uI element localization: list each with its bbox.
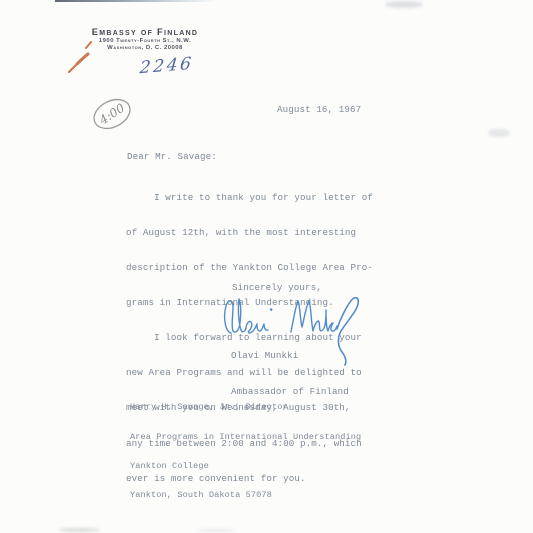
letter-date: August 16, 1967 bbox=[277, 104, 361, 116]
scan-smudge bbox=[385, 1, 423, 8]
handwritten-number-annotation: 2246 bbox=[139, 54, 195, 79]
recipient-name: Harry H. Savage, Jr., Director bbox=[130, 403, 361, 413]
pencil-time-text: 4:00 bbox=[96, 101, 127, 128]
recipient-block: Harry H. Savage, Jr., Director Area Prog… bbox=[130, 384, 361, 520]
scanned-letter: Embassy of Finland 1900 Twenty-Fourth St… bbox=[0, 0, 533, 533]
body-line: of August 12th, with the most interestin… bbox=[126, 227, 373, 239]
scan-smudge bbox=[196, 529, 236, 532]
recipient-program: Area Programs in International Understan… bbox=[130, 433, 361, 443]
scan-smudge bbox=[488, 129, 510, 137]
signer-name: Olavi Munkki bbox=[231, 350, 349, 362]
recipient-college: Yankton College bbox=[130, 462, 361, 472]
letterhead: Embassy of Finland 1900 Twenty-Fourth St… bbox=[78, 27, 212, 51]
scan-edge-artifact bbox=[55, 0, 218, 2]
scan-smudge bbox=[58, 528, 100, 532]
body-line: I write to thank you for your letter of bbox=[126, 192, 373, 204]
letterhead-address-line2: Washington, D. C. 20008 bbox=[78, 45, 212, 51]
body-line: description of the Yankton College Area … bbox=[126, 262, 373, 274]
recipient-city: Yankton, South Dakota 57078 bbox=[130, 491, 361, 501]
salutation: Dear Mr. Savage: bbox=[127, 151, 217, 163]
letterhead-address-line1: 1900 Twenty-Fourth St., N.W. bbox=[78, 38, 212, 44]
letterhead-org: Embassy of Finland bbox=[78, 27, 212, 37]
circled-time-annotation: 4:00 bbox=[90, 95, 134, 135]
